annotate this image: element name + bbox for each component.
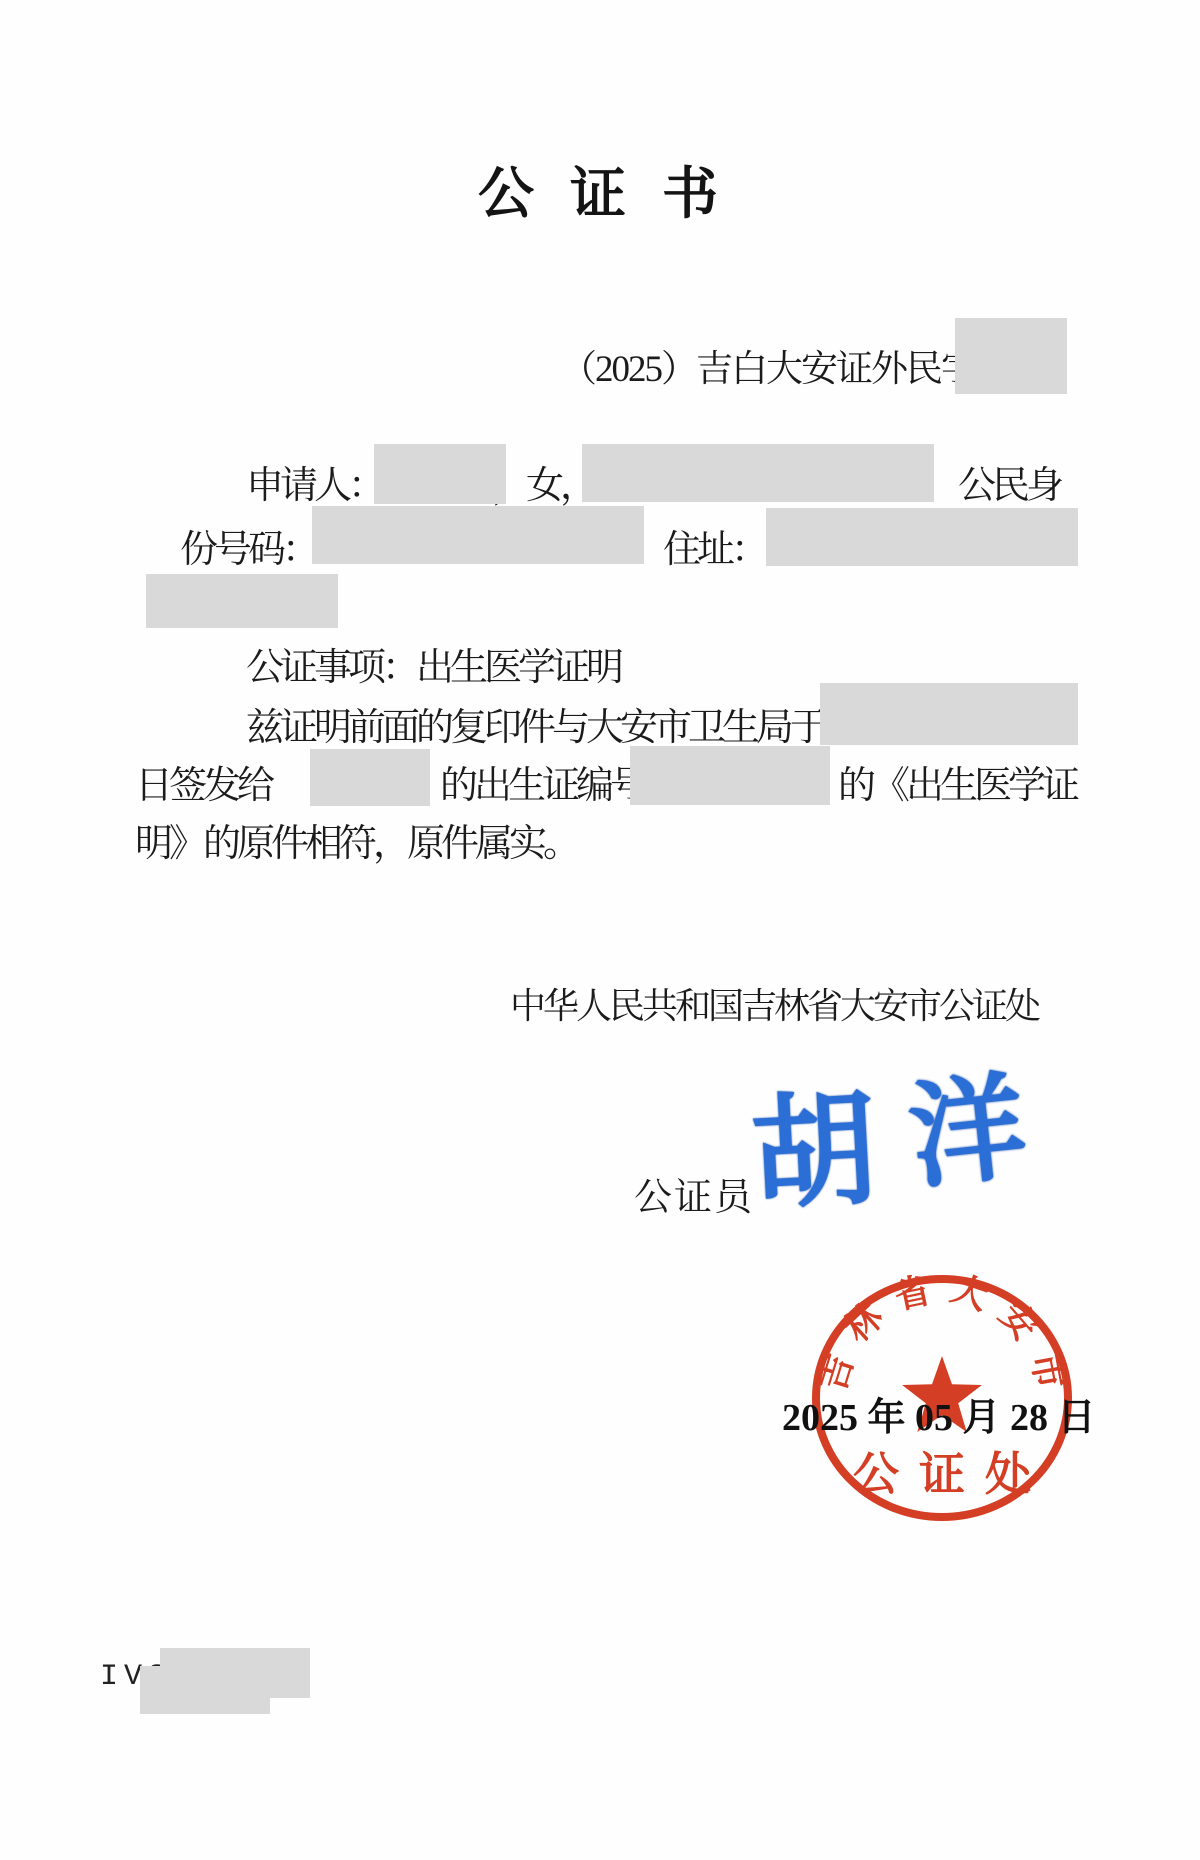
applicant-gender-segment: ，女， — [492, 454, 594, 509]
page-title: 公证书 — [478, 150, 754, 230]
citizen-id-lead-text: 公民身 — [958, 454, 1060, 509]
notarization-matter-line: 公证事项：出生医学证明 — [246, 636, 620, 691]
redaction-box-recipient-name — [310, 749, 430, 806]
notary-signature: 胡 洋 — [752, 1076, 1072, 1246]
signature-char-2: 洋 — [904, 1070, 1031, 1197]
date-line: 2025 年 05 月 28 日 — [782, 1386, 1096, 1441]
redaction-box-address — [766, 508, 1078, 566]
redaction-box-birth-info — [582, 444, 934, 502]
signature-char-1: 胡 — [749, 1089, 879, 1219]
redaction-box-address-continued — [146, 574, 338, 628]
redaction-box-certificate-number — [630, 746, 830, 805]
statement-line-2a: 日签发给 — [135, 754, 271, 809]
reference-number-line: （2025）吉白大安证外民字第 — [560, 338, 1011, 392]
statement-line-2b: 的出生证编号 — [440, 754, 644, 809]
issuing-office-line: 中华人民共和国吉林省大安市公证处 — [510, 978, 1038, 1029]
statement-line-1: 兹证明前面的复印件与大安市卫生局于 — [246, 696, 824, 751]
statement-line-3: 明》的原件相符，原件属实。 — [135, 812, 577, 867]
redaction-box-reference-number — [955, 318, 1067, 394]
redaction-box-applicant-name — [374, 444, 506, 504]
stamp-bottom-text: 公证处 — [853, 1449, 1051, 1500]
redaction-box-id-number — [312, 506, 644, 564]
statement-line-2c: 的《出生医学证 — [838, 754, 1076, 809]
address-label: 住址： — [663, 518, 765, 573]
notarial-certificate-page: 公证书 （2025）吉白大安证外民字第 申请人： ，女， 公民身 份号码： 住址… — [0, 0, 1200, 1860]
redaction-box-footer-b — [140, 1666, 270, 1714]
applicant-label: 申请人： — [246, 454, 382, 509]
citizen-id-label: 份号码： — [180, 518, 316, 573]
notary-label: 公证员 — [634, 1166, 754, 1221]
redaction-box-issue-date — [820, 683, 1078, 745]
